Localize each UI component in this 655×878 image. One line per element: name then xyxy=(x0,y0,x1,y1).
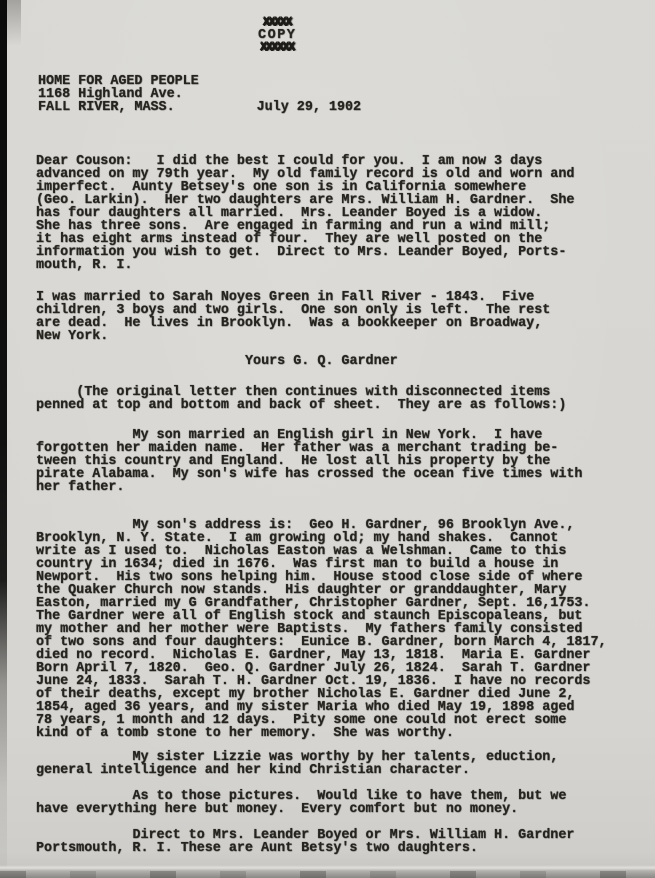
strikeout-row-bottom: XXXXXX xyxy=(258,43,296,54)
scan-left-edge-shadow xyxy=(0,0,7,878)
paragraph-son-marriage: My son married an English girl in New Yo… xyxy=(36,429,631,494)
letterhead-city-row: FALL RIVER, MASS. July 29, 1902 xyxy=(38,101,655,114)
paragraph-family-history: My son's address is: Geo H. Gardner, 96 … xyxy=(36,519,631,740)
letter-date: July 29, 1902 xyxy=(257,101,361,114)
letter-body: Dear Couson: I did the best I could for … xyxy=(0,155,655,855)
letterhead: HOME FOR AGED PEOPLE 1168 Highland Ave. … xyxy=(38,75,655,115)
paragraph-pictures: As to those pictures. Would like to have… xyxy=(36,790,631,816)
signature-line: Yours G. Q. Gardner xyxy=(245,355,631,368)
copy-stamp: XXXXX COPY XXXXXX xyxy=(258,18,296,54)
scanned-letter-page: XXXXX COPY XXXXXX HOME FOR AGED PEOPLE 1… xyxy=(0,0,655,878)
scan-corner-shade xyxy=(7,0,21,46)
letterhead-city: FALL RIVER, MASS. xyxy=(38,101,175,114)
paragraph-sister-lizzie: My sister Lizzie was worthy by her talen… xyxy=(36,751,631,777)
scan-bottom-edge-shadow xyxy=(0,865,655,878)
copy-label: COPY xyxy=(258,29,296,43)
paragraph-opening: Dear Couson: I did the best I could for … xyxy=(36,155,631,272)
paragraph-editor-note: (The original letter then continues with… xyxy=(36,386,631,412)
paragraph-direct-address: Direct to Mrs. Leander Boyed or Mrs. Wil… xyxy=(36,829,631,855)
paragraph-marriage: I was married to Sarah Noyes Green in Fa… xyxy=(36,291,631,343)
